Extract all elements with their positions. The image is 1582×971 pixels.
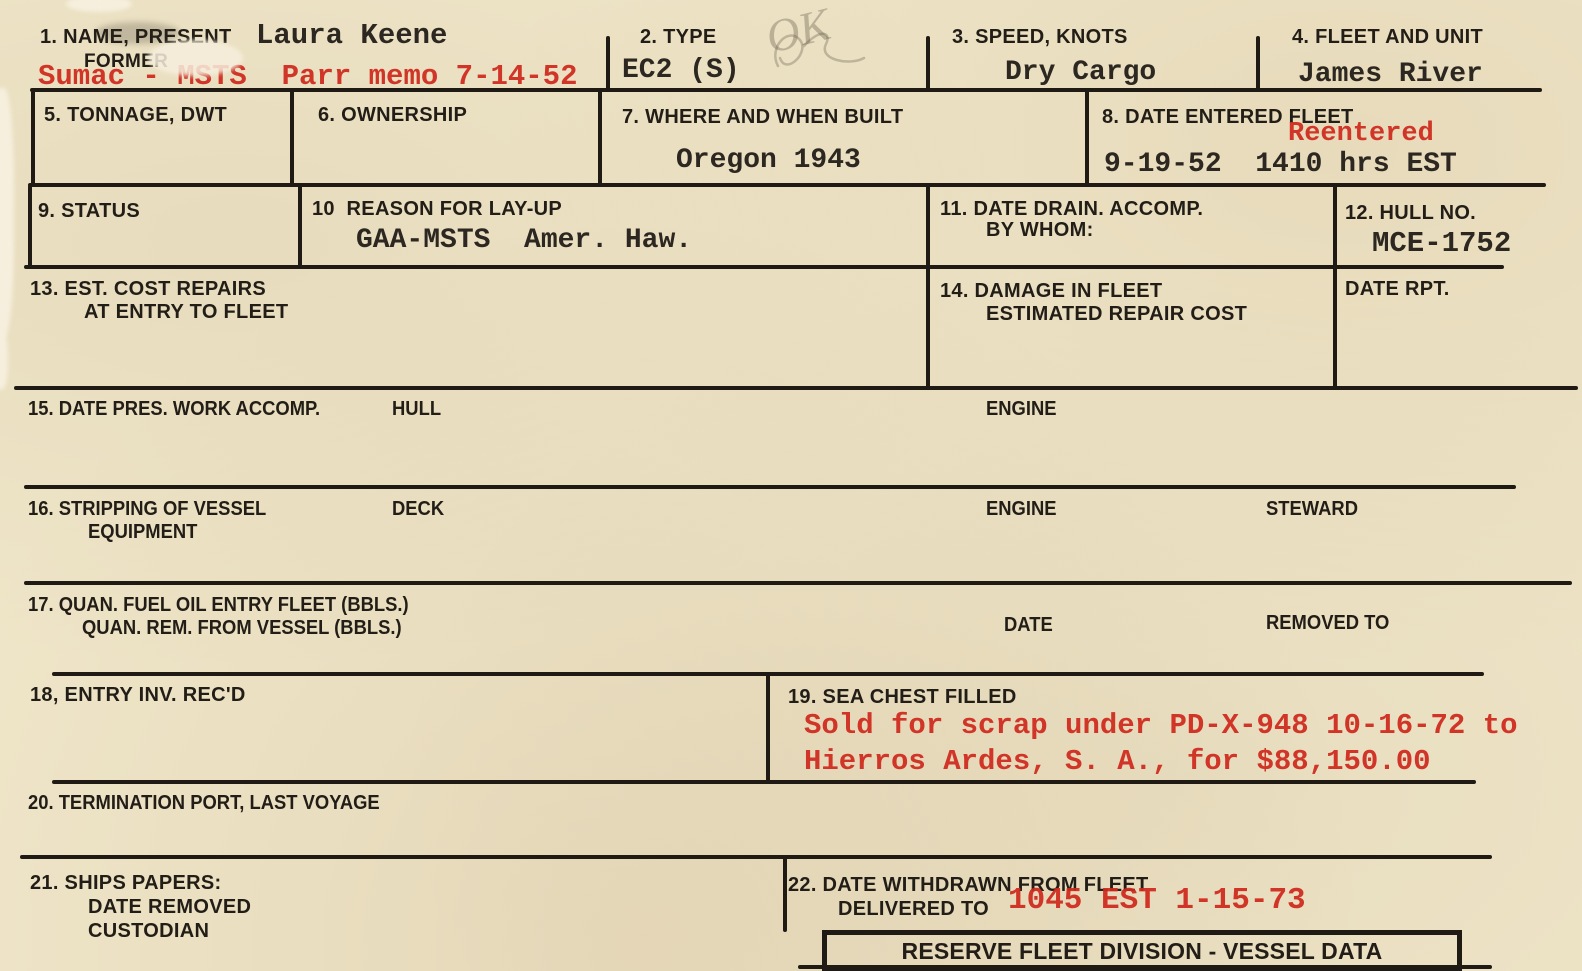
field-16-label: 16. STRIPPING OF VESSEL (28, 498, 266, 522)
field-10-value: GAA-MSTS Amer. Haw. (356, 226, 692, 257)
rule-under-20 (20, 855, 1492, 859)
field-16-engine-label: ENGINE (986, 498, 1057, 522)
field-4-label: 4. FLEET AND UNIT (1292, 26, 1483, 50)
field-9-label: 9. STATUS (38, 200, 140, 224)
field-16-deck-label: DECK (392, 498, 444, 522)
field-16-label2: EQUIPMENT (88, 521, 197, 545)
field-1-value: Laura Keene (256, 20, 447, 52)
field-8-reentered-stamp: Reentered (1288, 120, 1434, 150)
field-15-hull-label: HULL (392, 398, 441, 422)
field-5-label: 5. TONNAGE, DWT (44, 104, 227, 128)
field-2-label: 2. TYPE (640, 26, 717, 50)
rule-under-18-19 (52, 780, 1476, 784)
divider-box5-6 (290, 90, 294, 185)
field-8-value: 9-19-52 1410 hrs EST (1104, 150, 1457, 181)
field-13-label: 13. EST. COST REPAIRS (30, 278, 266, 302)
field-11-by-whom-label: BY WHOM: (986, 219, 1094, 243)
field-3-value: Dry Cargo (1005, 58, 1156, 89)
border-row3-left (28, 185, 32, 267)
rule-under-row4 (14, 386, 1578, 390)
whiteout-blotch (148, 40, 243, 76)
field-15-label: 15. DATE PRES. WORK ACCOMP. (28, 398, 320, 422)
field-6-label: 6. OWNERSHIP (318, 104, 467, 128)
field-17-label: 17. QUAN. FUEL OIL ENTRY FLEET (BBLS.) (28, 594, 409, 618)
rule-under-row2 (28, 183, 1546, 187)
title-banner-text: RESERVE FLEET DIVISION - VESSEL DATA (902, 938, 1383, 965)
ink-smudge (95, 22, 180, 44)
divider-box21-22 (783, 857, 787, 932)
field-7-label: 7. WHERE AND WHEN BUILT (622, 106, 903, 130)
divider-box6-7 (598, 90, 602, 185)
field-19-sold-stamp-line2: Hierros Ardes, S. A., for $88,150.00 (804, 746, 1431, 778)
field-21-custodian-label: CUSTODIAN (88, 920, 209, 944)
field-21-date-removed-label: DATE REMOVED (88, 896, 251, 920)
field-19-label: 19. SEA CHEST FILLED (788, 686, 1017, 710)
field-15-engine-label: ENGINE (986, 398, 1057, 422)
field-12-label: 12. HULL NO. (1345, 202, 1476, 226)
field-17-label2: QUAN. REM. FROM VESSEL (BBLS.) (82, 617, 402, 641)
rule-under-row3 (24, 265, 1504, 269)
title-banner: RESERVE FLEET DIVISION - VESSEL DATA (822, 930, 1462, 971)
divider-box2-3 (926, 36, 930, 90)
field-2-value: EC2 (S) (622, 56, 740, 87)
field-12-value: MCE-1752 (1372, 228, 1511, 260)
rule-under-15 (24, 485, 1516, 489)
pencil-scribble-icon (760, 18, 890, 88)
field-18-label: 18, ENTRY INV. REC'D (30, 684, 246, 708)
vessel-data-card: 1. NAME, PRESENT Laura Keene FORMER Suma… (0, 0, 1582, 971)
field-22-delivered-to-label: DELIVERED TO (838, 898, 989, 922)
divider-box7-8 (1085, 90, 1089, 185)
divider-box10-11 (926, 185, 930, 267)
field-17-removed-to-label: REMOVED TO (1266, 612, 1389, 636)
field-date-rpt-label: DATE RPT. (1345, 278, 1450, 302)
rule-under-16 (24, 581, 1572, 585)
field-19-sold-stamp-line1: Sold for scrap under PD-X-948 10-16-72 t… (804, 710, 1518, 742)
paper-edge-sliver-left2 (0, 330, 8, 390)
field-10-label: 10 REASON FOR LAY-UP (312, 198, 562, 222)
divider-box9-10 (298, 185, 302, 267)
field-22-withdrawn-stamp: 1045 EST 1-15-73 (1008, 884, 1306, 918)
divider-box11-12 (1333, 185, 1337, 267)
field-14-label: 14. DAMAGE IN FLEET (940, 280, 1162, 304)
field-4-value: James River (1298, 60, 1483, 91)
field-1-former-stamp: Sumac - MSTS Parr memo 7-14-52 (38, 61, 578, 93)
field-20-label: 20. TERMINATION PORT, LAST VOYAGE (28, 792, 380, 816)
paper-edge-sliver-left (0, 88, 14, 338)
divider-box18-19 (766, 674, 770, 782)
border-box14-left (926, 267, 930, 388)
field-7-value: Oregon 1943 (676, 146, 861, 177)
field-13-label2: AT ENTRY TO FLEET (84, 301, 288, 325)
field-14-label2: ESTIMATED REPAIR COST (986, 303, 1247, 327)
divider-box3-4 (1256, 36, 1260, 90)
border-box14-right (1333, 267, 1337, 388)
field-16-steward-label: STEWARD (1266, 498, 1358, 522)
field-3-label: 3. SPEED, KNOTS (952, 26, 1128, 50)
field-21-label: 21. SHIPS PAPERS: (30, 872, 221, 896)
paper-edge-sliver-top (66, 0, 132, 12)
border-row2-left (31, 90, 35, 185)
divider-box1-2 (606, 36, 610, 90)
field-17-date-label: DATE (1004, 614, 1053, 638)
